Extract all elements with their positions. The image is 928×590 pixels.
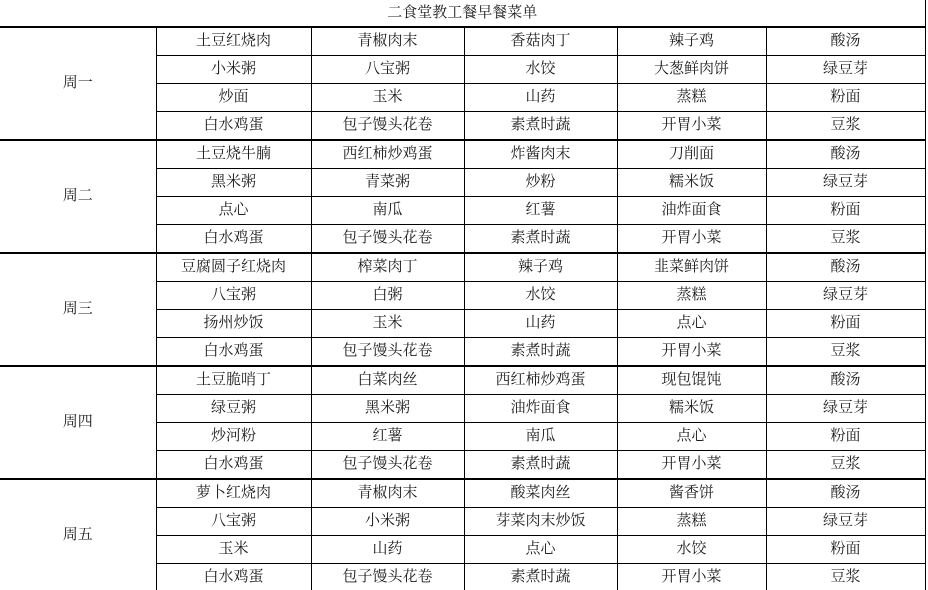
menu-item-cell: 西红柿炒鸡蛋 (311, 140, 464, 169)
menu-item-cell: 土豆脆哨丁 (156, 366, 311, 395)
menu-item-cell: 白水鸡蛋 (156, 225, 311, 254)
menu-item-cell: 玉米 (311, 310, 464, 338)
menu-item-cell: 酸汤 (766, 27, 925, 56)
menu-item-cell: 包子馒头花卷 (311, 225, 464, 254)
menu-item-cell: 水饺 (617, 536, 766, 564)
menu-item-cell: 点心 (464, 536, 617, 564)
menu-item-cell: 开胃小菜 (617, 451, 766, 480)
menu-item-cell: 扬州炒饭 (156, 310, 311, 338)
menu-item-cell: 糯米饭 (617, 395, 766, 423)
menu-item-cell: 素煮时蔬 (464, 564, 617, 590)
day-label: 周四 (0, 366, 156, 479)
title-row: 二食堂教工餐早餐菜单 (0, 0, 925, 27)
menu-item-cell: 蒸糕 (617, 84, 766, 112)
menu-item-cell: 刀削面 (617, 140, 766, 169)
menu-item-cell: 青椒肉末 (311, 27, 464, 56)
menu-item-cell: 开胃小菜 (617, 112, 766, 141)
menu-item-cell: 黑米粥 (311, 395, 464, 423)
menu-item-cell: 开胃小菜 (617, 564, 766, 590)
menu-item-cell: 白粥 (311, 282, 464, 310)
menu-item-cell: 点心 (156, 197, 311, 225)
menu-title: 二食堂教工餐早餐菜单 (0, 0, 925, 27)
day-label: 周一 (0, 27, 156, 140)
menu-item-cell: 绿豆芽 (766, 508, 925, 536)
menu-item-cell: 现包馄饨 (617, 366, 766, 395)
menu-item-cell: 黑米粥 (156, 169, 311, 197)
menu-item-cell: 包子馒头花卷 (311, 564, 464, 590)
menu-row: 周五萝卜红烧肉青椒肉末酸菜肉丝酱香饼酸汤 (0, 479, 925, 508)
menu-item-cell: 粉面 (766, 197, 925, 225)
menu-item-cell: 韭菜鲜肉饼 (617, 253, 766, 282)
menu-item-cell: 南瓜 (464, 423, 617, 451)
menu-item-cell: 开胃小菜 (617, 338, 766, 367)
menu-item-cell: 炒河粉 (156, 423, 311, 451)
menu-item-cell: 粉面 (766, 536, 925, 564)
menu-item-cell: 素煮时蔬 (464, 338, 617, 367)
menu-item-cell: 辣子鸡 (617, 27, 766, 56)
menu-item-cell: 油炸面食 (617, 197, 766, 225)
menu-item-cell: 水饺 (464, 282, 617, 310)
menu-item-cell: 辣子鸡 (464, 253, 617, 282)
day-label: 周二 (0, 140, 156, 253)
menu-item-cell: 粉面 (766, 84, 925, 112)
menu-item-cell: 青菜粥 (311, 169, 464, 197)
menu-item-cell: 开胃小菜 (617, 225, 766, 254)
menu-item-cell: 红薯 (464, 197, 617, 225)
breakfast-menu-table: 二食堂教工餐早餐菜单 周一土豆红烧肉青椒肉末香菇肉丁辣子鸡酸汤小米粥八宝粥水饺大… (0, 0, 926, 590)
menu-item-cell: 酸汤 (766, 479, 925, 508)
menu-item-cell: 包子馒头花卷 (311, 451, 464, 480)
menu-item-cell: 绿豆芽 (766, 282, 925, 310)
menu-item-cell: 小米粥 (311, 508, 464, 536)
menu-row: 周二土豆烧牛腩西红柿炒鸡蛋炸酱肉末刀削面酸汤 (0, 140, 925, 169)
menu-item-cell: 豆浆 (766, 564, 925, 590)
menu-item-cell: 豆浆 (766, 112, 925, 141)
menu-item-cell: 水饺 (464, 56, 617, 84)
menu-item-cell: 蒸糕 (617, 508, 766, 536)
menu-item-cell: 糯米饭 (617, 169, 766, 197)
menu-item-cell: 包子馒头花卷 (311, 338, 464, 367)
menu-item-cell: 萝卜红烧肉 (156, 479, 311, 508)
menu-item-cell: 玉米 (311, 84, 464, 112)
menu-item-cell: 香菇肉丁 (464, 27, 617, 56)
menu-item-cell: 酸汤 (766, 140, 925, 169)
menu-item-cell: 炒面 (156, 84, 311, 112)
menu-item-cell: 豆腐圆子红烧肉 (156, 253, 311, 282)
menu-item-cell: 点心 (617, 310, 766, 338)
menu-item-cell: 点心 (617, 423, 766, 451)
menu-item-cell: 油炸面食 (464, 395, 617, 423)
menu-item-cell: 绿豆芽 (766, 56, 925, 84)
menu-item-cell: 南瓜 (311, 197, 464, 225)
menu-item-cell: 青椒肉末 (311, 479, 464, 508)
menu-item-cell: 素煮时蔬 (464, 112, 617, 141)
menu-item-cell: 绿豆芽 (766, 395, 925, 423)
menu-item-cell: 酱香饼 (617, 479, 766, 508)
menu-item-cell: 豆浆 (766, 225, 925, 254)
menu-item-cell: 粉面 (766, 423, 925, 451)
menu-item-cell: 粉面 (766, 310, 925, 338)
menu-item-cell: 八宝粥 (156, 508, 311, 536)
menu-item-cell: 白菜肉丝 (311, 366, 464, 395)
menu-item-cell: 八宝粥 (311, 56, 464, 84)
breakfast-menu-sheet: 二食堂教工餐早餐菜单 周一土豆红烧肉青椒肉末香菇肉丁辣子鸡酸汤小米粥八宝粥水饺大… (0, 0, 928, 590)
menu-row: 周一土豆红烧肉青椒肉末香菇肉丁辣子鸡酸汤 (0, 27, 925, 56)
menu-item-cell: 小米粥 (156, 56, 311, 84)
day-label: 周三 (0, 253, 156, 366)
menu-item-cell: 白水鸡蛋 (156, 451, 311, 480)
menu-item-cell: 豆浆 (766, 338, 925, 367)
menu-item-cell: 白水鸡蛋 (156, 112, 311, 141)
menu-item-cell: 玉米 (156, 536, 311, 564)
menu-item-cell: 绿豆芽 (766, 169, 925, 197)
menu-item-cell: 酸汤 (766, 253, 925, 282)
menu-item-cell: 酸菜肉丝 (464, 479, 617, 508)
menu-item-cell: 豆浆 (766, 451, 925, 480)
menu-item-cell: 土豆红烧肉 (156, 27, 311, 56)
menu-item-cell: 酸汤 (766, 366, 925, 395)
menu-item-cell: 山药 (464, 84, 617, 112)
menu-item-cell: 包子馒头花卷 (311, 112, 464, 141)
menu-item-cell: 蒸糕 (617, 282, 766, 310)
menu-item-cell: 土豆烧牛腩 (156, 140, 311, 169)
menu-item-cell: 绿豆粥 (156, 395, 311, 423)
menu-item-cell: 八宝粥 (156, 282, 311, 310)
menu-row: 周三豆腐圆子红烧肉榨菜肉丁辣子鸡韭菜鲜肉饼酸汤 (0, 253, 925, 282)
menu-item-cell: 素煮时蔬 (464, 451, 617, 480)
menu-item-cell: 山药 (311, 536, 464, 564)
menu-item-cell: 炸酱肉末 (464, 140, 617, 169)
menu-item-cell: 白水鸡蛋 (156, 338, 311, 367)
menu-item-cell: 炒粉 (464, 169, 617, 197)
menu-item-cell: 榨菜肉丁 (311, 253, 464, 282)
menu-item-cell: 红薯 (311, 423, 464, 451)
menu-item-cell: 山药 (464, 310, 617, 338)
day-label: 周五 (0, 479, 156, 590)
menu-item-cell: 素煮时蔬 (464, 225, 617, 254)
menu-item-cell: 白水鸡蛋 (156, 564, 311, 590)
menu-item-cell: 芽菜肉末炒饭 (464, 508, 617, 536)
menu-item-cell: 西红柿炒鸡蛋 (464, 366, 617, 395)
menu-row: 周四土豆脆哨丁白菜肉丝西红柿炒鸡蛋现包馄饨酸汤 (0, 366, 925, 395)
menu-item-cell: 大葱鲜肉饼 (617, 56, 766, 84)
